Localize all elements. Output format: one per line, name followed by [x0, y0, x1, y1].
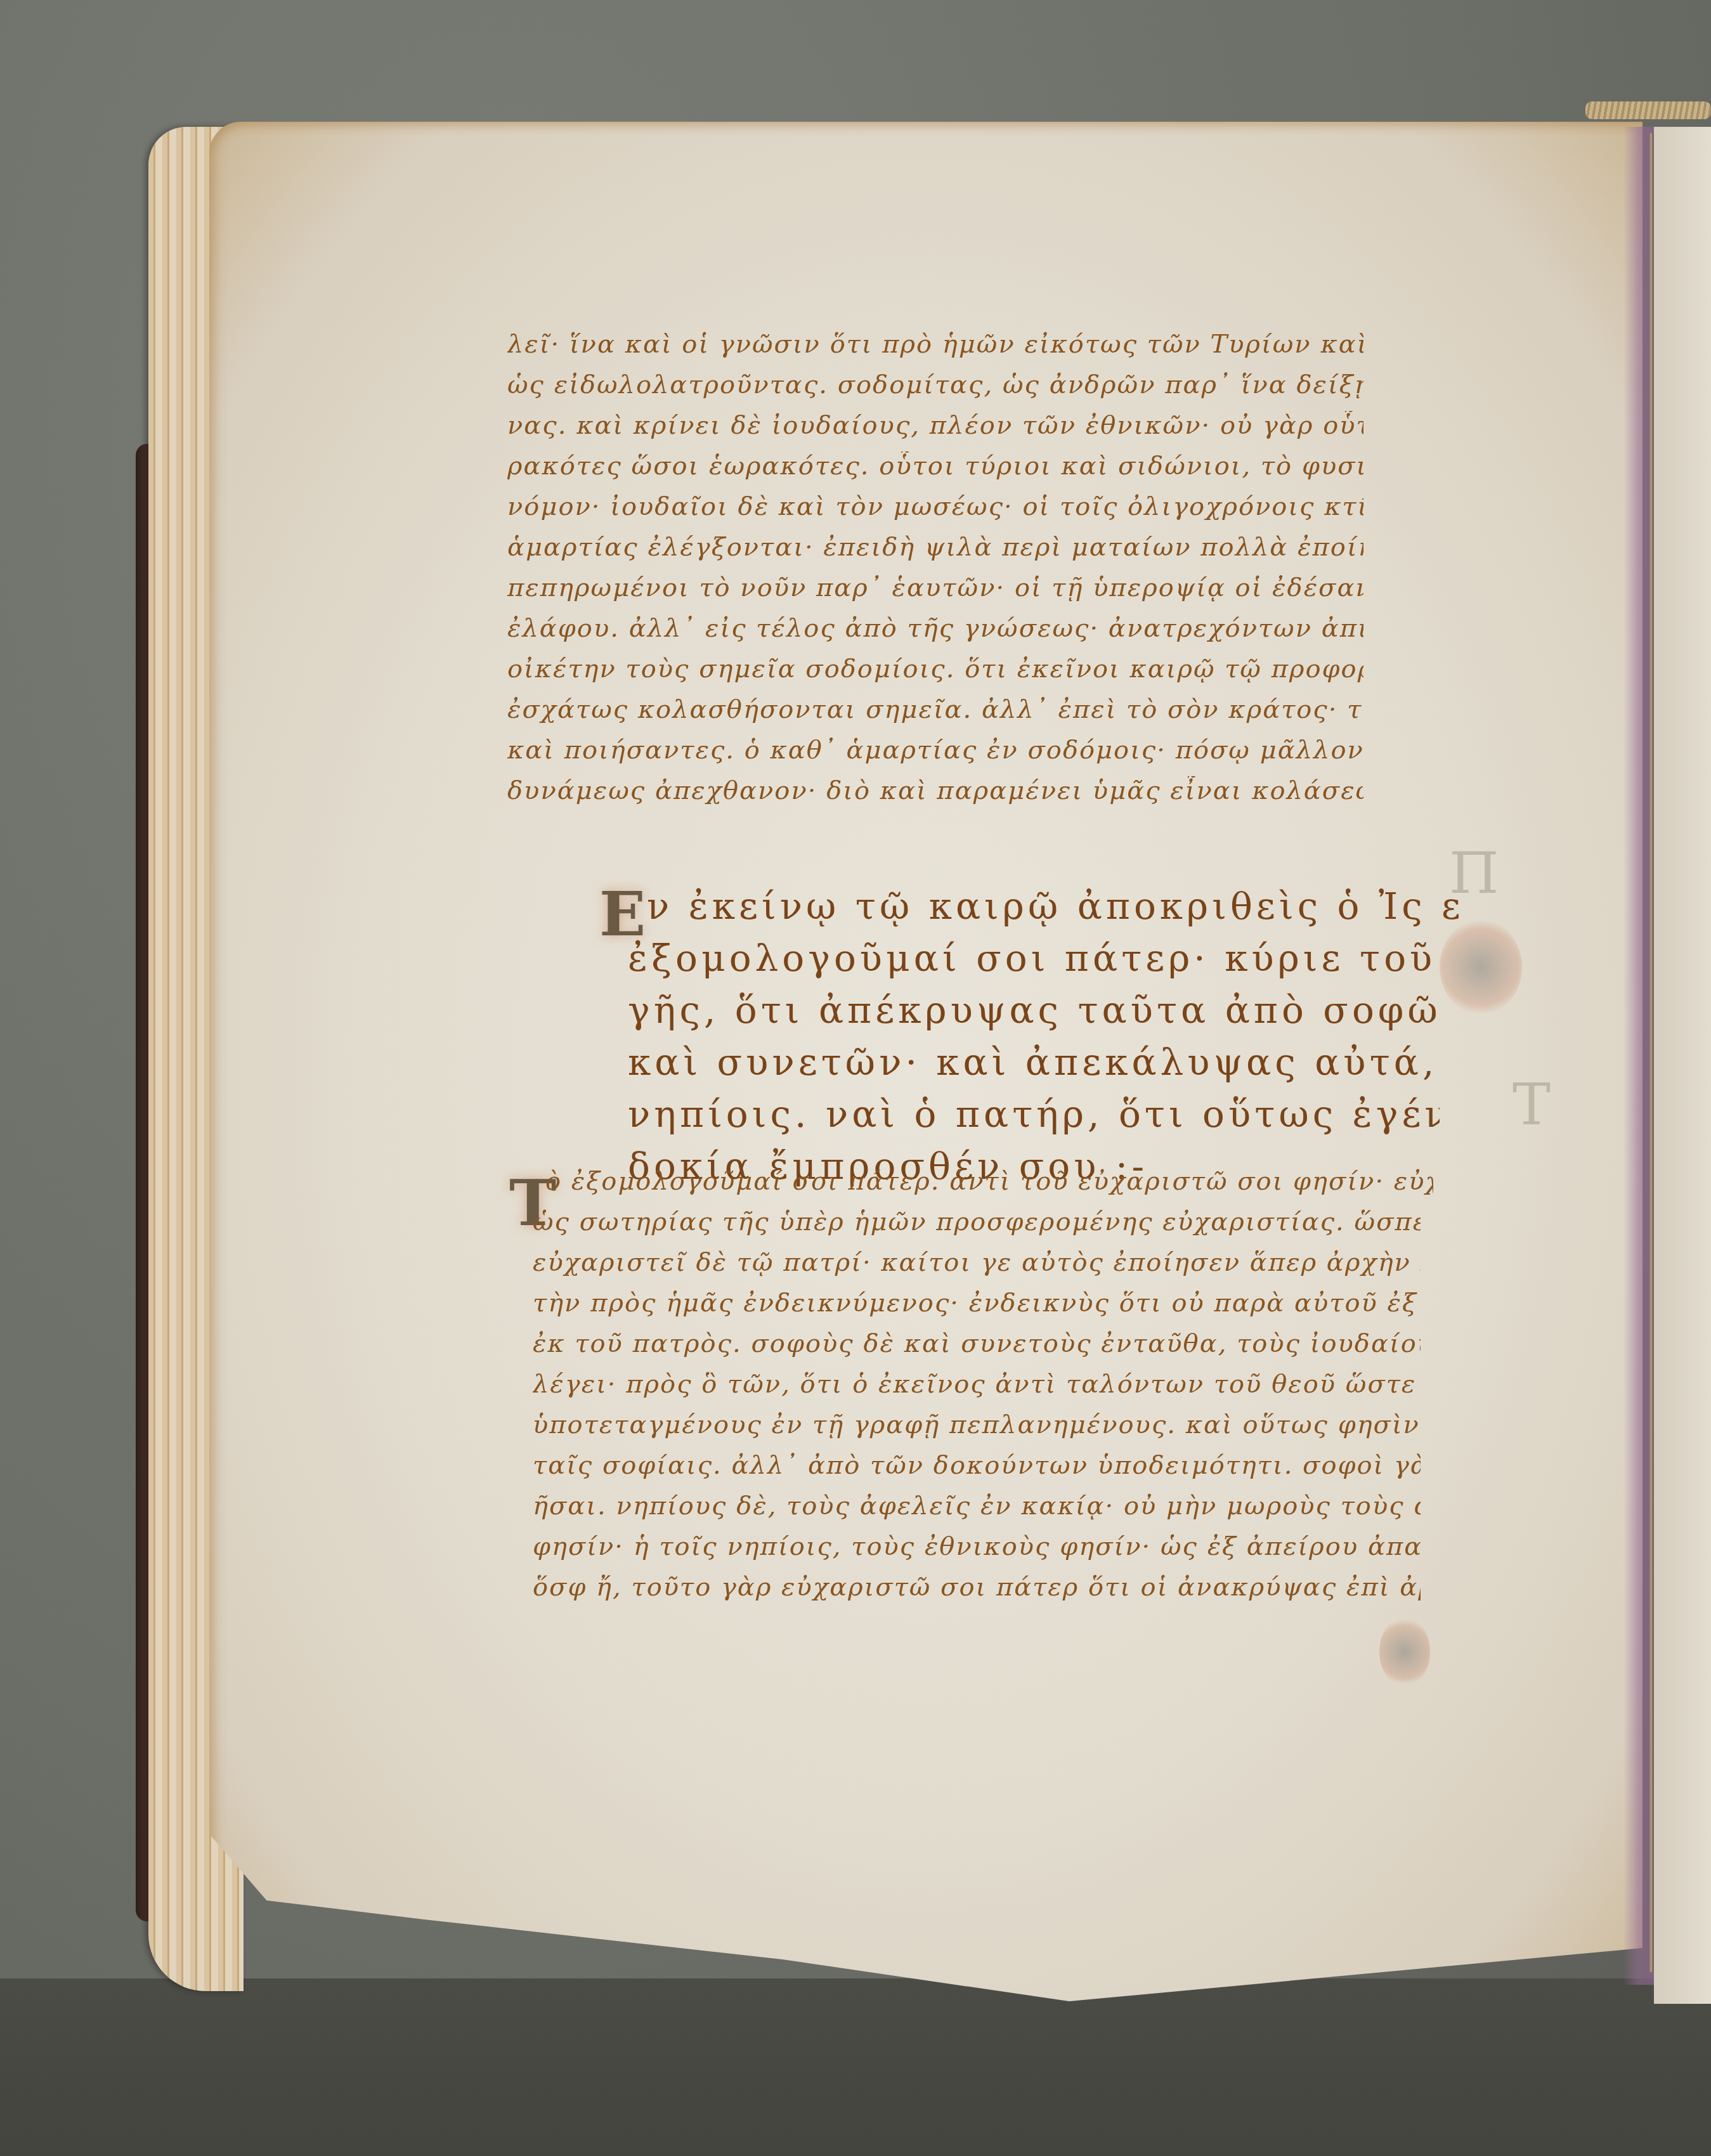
stain: [1379, 1617, 1430, 1687]
text-line: ὡς εἰδωλολατροῦντας. σοδομίτας, ὡς ἀνδρῶ…: [507, 370, 1363, 408]
text-line: ὸ ἐξομολογοῦμαί σοι πάτερ. ἀντὶ τοῦ εὐχα…: [545, 1167, 1433, 1205]
text-line: ῆσαι. νηπίους δὲ, τοὺς ἀφελεῖς ἐν κακίᾳ·…: [533, 1491, 1421, 1529]
text-line: φησίν· ἡ τοῖς νηπίοις, τοὺς ἐθνικοὺς φησ…: [533, 1532, 1421, 1570]
background-surface: [0, 1978, 1711, 2156]
text-line: λέγει· πρὸς ὃ τῶν, ὅτι ὁ ἐκεῖνος ἀντὶ τα…: [533, 1370, 1421, 1408]
text-line: ὅσφ ἤ, τοῦτο γὰρ εὐχαριστῶ σοι πάτερ ὅτι…: [533, 1573, 1421, 1611]
text-line: ἐκ τοῦ πατρὸς. σοφοὺς δὲ καὶ συνετοὺς ἐν…: [533, 1329, 1421, 1367]
bleed-through-letter: Τ: [1513, 1072, 1551, 1138]
text-line: ταῖς σοφίαις. ἀλλ᾽ ἀπὸ τῶν δοκούντων ὑπο…: [533, 1451, 1421, 1489]
text-line: ρακότες ὥσοι ἑωρακότες. οὗτοι τύριοι καὶ…: [507, 451, 1363, 490]
binding-thread: [1585, 101, 1711, 119]
lemma-line: ν ἐκείνῳ τῷ καιρῷ ἀποκριθεὶς ὁ Ἰς εἶπεν·: [647, 885, 1459, 935]
lemma-line: νηπίοις. ναὶ ὁ πατήρ, ὅτι οὕτως ἐγένετο …: [628, 1093, 1440, 1143]
text-line: ἐσχάτως κολασθήσονται σημεῖα. ἀλλ᾽ ἐπεὶ …: [507, 695, 1363, 733]
facing-page-edge: [1654, 127, 1711, 2004]
gutter-fold: [1649, 133, 1653, 1972]
text-line: ἁμαρτίας ἐλέγξονται· ἐπειδὴ ψιλὰ περὶ μα…: [507, 533, 1363, 571]
text-line: δυνάμεως ἀπεχθανον· διὸ καὶ παραμένει ὑμ…: [507, 776, 1363, 814]
text-line: ὡς σωτηρίας τῆς ὑπὲρ ἡμῶν προσφερομένης …: [533, 1207, 1421, 1245]
lemma-line: ἐξομολογοῦμαί σοι πάτερ· κύριε τοῦ οὐραν…: [628, 937, 1440, 987]
text-line: νας. καὶ κρίνει δὲ ἰουδαίους, πλέον τῶν …: [507, 411, 1363, 449]
lemma-line: καὶ συνετῶν· καὶ ἀπεκάλυψας αὐτά,: [628, 1041, 1440, 1091]
text-line: εὐχαριστεῖ δὲ τῷ πατρί· καίτοι γε αὐτὸς …: [533, 1248, 1421, 1286]
lemma-line: γῆς, ὅτι ἀπέκρυψας ταῦτα ἀπὸ σοφῶν·: [628, 989, 1440, 1039]
text-line: λεῖ· ἵνα καὶ οἱ γνῶσιν ὅτι πρὸ ἡμῶν εἰκό…: [507, 330, 1363, 368]
text-line: πεπηρωμένοι τὸ νοῦν παρ᾽ ἑαυτῶν· οἱ τῇ ὑ…: [507, 573, 1363, 611]
text-line: τὴν πρὸς ἡμᾶς ἐνδεικνύμενος· ἐνδεικνὺς ὅ…: [533, 1289, 1421, 1327]
text-line: νόμον· ἰουδαῖοι δὲ καὶ τὸν μωσέως· οἱ το…: [507, 492, 1363, 530]
text-line: οἰκέτην τοὺς σημεῖα σοδομίοις. ὅτι ἐκεῖν…: [507, 654, 1363, 692]
text-line: ἐλάφου. ἀλλ᾽ εἰς τέλος ἀπὸ τῆς γνώσεως· …: [507, 614, 1363, 652]
text-line: ὑποτεταγμένους ἐν τῇ γραφῇ πεπλανημένους…: [533, 1410, 1421, 1448]
text-line: καὶ ποιήσαντες. ὁ καθ᾽ ἁμαρτίας ἐν σοδόμ…: [507, 736, 1363, 774]
